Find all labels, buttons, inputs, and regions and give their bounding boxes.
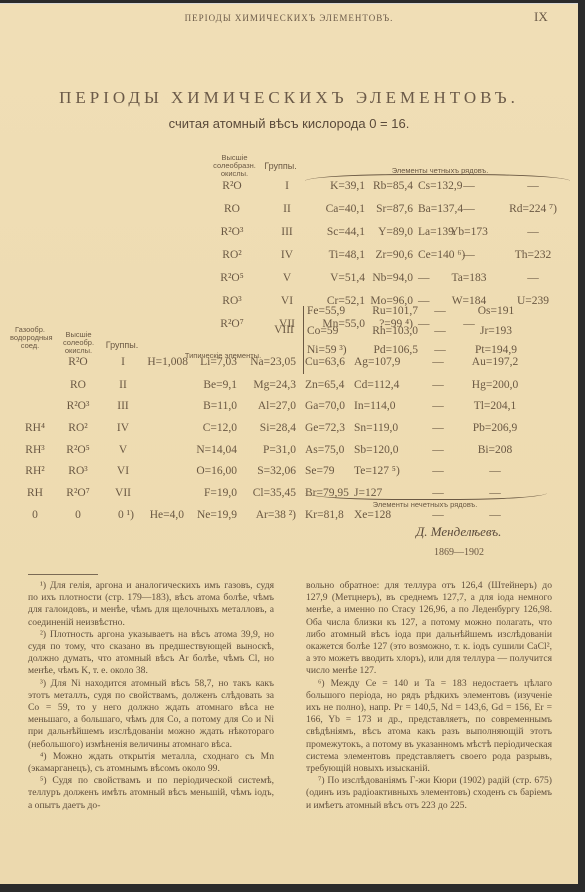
footnote: ⁷) По изслѣдованіямъ Г-жи Кюри (1902) ра… — [306, 775, 552, 812]
element-cell: Na=23,05 — [216, 356, 296, 368]
signature-years: 1869—1902 — [434, 547, 484, 558]
element-cell: — — [410, 325, 470, 337]
element-cell: Y=89,0 — [333, 226, 413, 238]
group-numeral: V — [93, 444, 153, 456]
element-cell: Si=28,4 — [216, 422, 296, 434]
footnotes-right-column: вольно обратное: для теллура отъ 126,4 (… — [306, 580, 552, 812]
element-cell: Zr=90,6 — [333, 249, 413, 261]
element-cell: — — [439, 180, 499, 192]
element-cell: Th=232 — [503, 249, 563, 261]
element-cell: — — [408, 379, 468, 391]
element-cell: — — [408, 422, 468, 434]
oxide-formula: RO² — [202, 249, 262, 261]
element-cell: Co=59 — [307, 325, 338, 337]
footnote: ³) Для Ni находится атомный вѣсъ 58,7, н… — [28, 678, 274, 751]
page-number: IX — [534, 9, 548, 25]
element-cell: Yb=173 — [439, 226, 499, 238]
footnote: ⁶) Между Ce = 140 и Ta = 183 недостаетъ … — [306, 678, 552, 776]
element-cell: Sr=87,6 — [333, 203, 413, 215]
element-cell: Au=197,2 — [465, 356, 525, 368]
element-cell: Tl=204,1 — [465, 400, 525, 412]
element-cell: — — [408, 400, 468, 412]
element-cell: — — [408, 465, 468, 477]
element-cell: Mg=24,3 — [216, 379, 296, 391]
element-cell: — — [503, 180, 563, 192]
element-cell: Hg=200,0 — [465, 379, 525, 391]
page-subtitle: считая атомный вѣсъ кислорода 0 = 16. — [0, 116, 578, 131]
element-cell: Zn=65,4 — [305, 379, 344, 391]
element-cell: — — [408, 509, 468, 521]
footnote: ⁴) Можно ждать открытія металла, сходнаг… — [28, 751, 274, 775]
element-cell: Se=79 — [305, 465, 335, 477]
element-cell: — — [503, 226, 563, 238]
running-head: ПЕРІОДЫ ХИМИЧЕСКИХЪ ЭЛЕМЕНТОВЪ. — [0, 13, 578, 23]
header-hydrides: Газообр. водородныя соед. — [10, 326, 50, 350]
group-numeral: IV — [93, 422, 153, 434]
footnotes-left-column: ¹) Для гелія, аргона и аналогическихъ им… — [28, 580, 274, 812]
element-cell: S=32,06 — [216, 465, 296, 477]
element-cell: Al=27,0 — [216, 400, 296, 412]
document-page: ПЕРІОДЫ ХИМИЧЕСКИХЪ ЭЛЕМЕНТОВЪ. IX ПЕРІО… — [0, 3, 578, 884]
element-cell: Sn=119,0 — [354, 422, 398, 434]
element-cell: — — [503, 272, 563, 284]
element-cell: Ta=183 — [439, 272, 499, 284]
group-numeral: VI — [93, 465, 153, 477]
oxide-formula: R²O⁷ — [202, 318, 262, 330]
footnote: ⁵) Судя по свойствамъ и по періодической… — [28, 775, 274, 812]
element-cell: In=114,0 — [354, 400, 396, 412]
element-cell: Sb=120,0 — [354, 444, 399, 456]
footnote-rule — [28, 574, 98, 575]
element-cell: Nb=94,0 — [333, 272, 413, 284]
element-cell: Kr=81,8 — [305, 509, 344, 521]
element-cell: Ge=72,3 — [305, 422, 345, 434]
oxide-formula: R²O — [202, 180, 262, 192]
element-cell: Rb=85,4 — [333, 180, 413, 192]
element-cell: Ru=101,7 — [338, 305, 418, 317]
element-cell: Os=191 — [466, 305, 526, 317]
element-cell: — — [465, 509, 525, 521]
element-cell: Ga=70,0 — [305, 400, 345, 412]
header-higher-oxides: Высшіе солеобразн. окислы. — [212, 154, 257, 178]
group-numeral: III — [93, 400, 153, 412]
footer-odd-elements: Элементы нечетныхъ рядовъ. — [310, 501, 540, 509]
element-cell: — — [410, 305, 470, 317]
element-cell: Pd=106,5 — [338, 344, 418, 356]
footnote: ¹) Для гелія, аргона и аналогическихъ им… — [28, 580, 274, 629]
oxide-formula: RO — [202, 203, 262, 215]
element-cell: Cu=63,6 — [305, 356, 345, 368]
element-cell: Ag=107,9 — [354, 356, 400, 368]
footnote: ²) Плотность аргона указываетъ на вѣсъ а… — [28, 629, 274, 678]
element-cell: — — [439, 249, 499, 261]
element-cell: Te=127 ⁵) — [354, 465, 400, 477]
element-cell: As=75,0 — [305, 444, 344, 456]
oxide-formula: R²O³ — [202, 226, 262, 238]
header-lower-oxides: Высшіе солеобр. окислы. — [56, 331, 101, 355]
page-title: ПЕРІОДЫ ХИМИЧЕСКИХЪ ЭЛЕМЕНТОВЪ. — [0, 88, 578, 108]
element-cell: Rd=224 ⁷) — [503, 203, 563, 215]
signature: Д. Менделѣевъ. — [416, 524, 501, 540]
group-numeral: II — [93, 379, 153, 391]
header-groups: Группы. — [263, 162, 298, 170]
element-cell: Bi=208 — [465, 444, 525, 456]
element-cell: — — [465, 465, 525, 477]
element-cell: Ar=38 ²) — [216, 509, 296, 521]
element-cell: Cl=35,45 — [216, 487, 296, 499]
element-cell: — — [410, 344, 470, 356]
element-cell: Pt=194,9 — [466, 344, 526, 356]
group-numeral: VII — [93, 487, 153, 499]
element-cell: Rh=103,0 — [338, 325, 418, 337]
element-cell: Pb=206,9 — [465, 422, 525, 434]
element-cell: Jr=193 — [466, 325, 526, 337]
element-cell: — — [408, 356, 468, 368]
element-cell: P=31,0 — [216, 444, 296, 456]
header-lower-groups: Группы. — [103, 341, 141, 349]
footnote: вольно обратное: для теллура отъ 126,4 (… — [306, 580, 552, 678]
element-cell: Cd=112,4 — [354, 379, 399, 391]
element-cell: — — [418, 272, 430, 284]
element-cell: — — [439, 203, 499, 215]
element-cell: — — [408, 444, 468, 456]
element-cell: Xe=128 — [354, 509, 391, 521]
oxide-formula: R²O⁵ — [202, 272, 262, 284]
oxide-formula: RO³ — [202, 295, 262, 307]
